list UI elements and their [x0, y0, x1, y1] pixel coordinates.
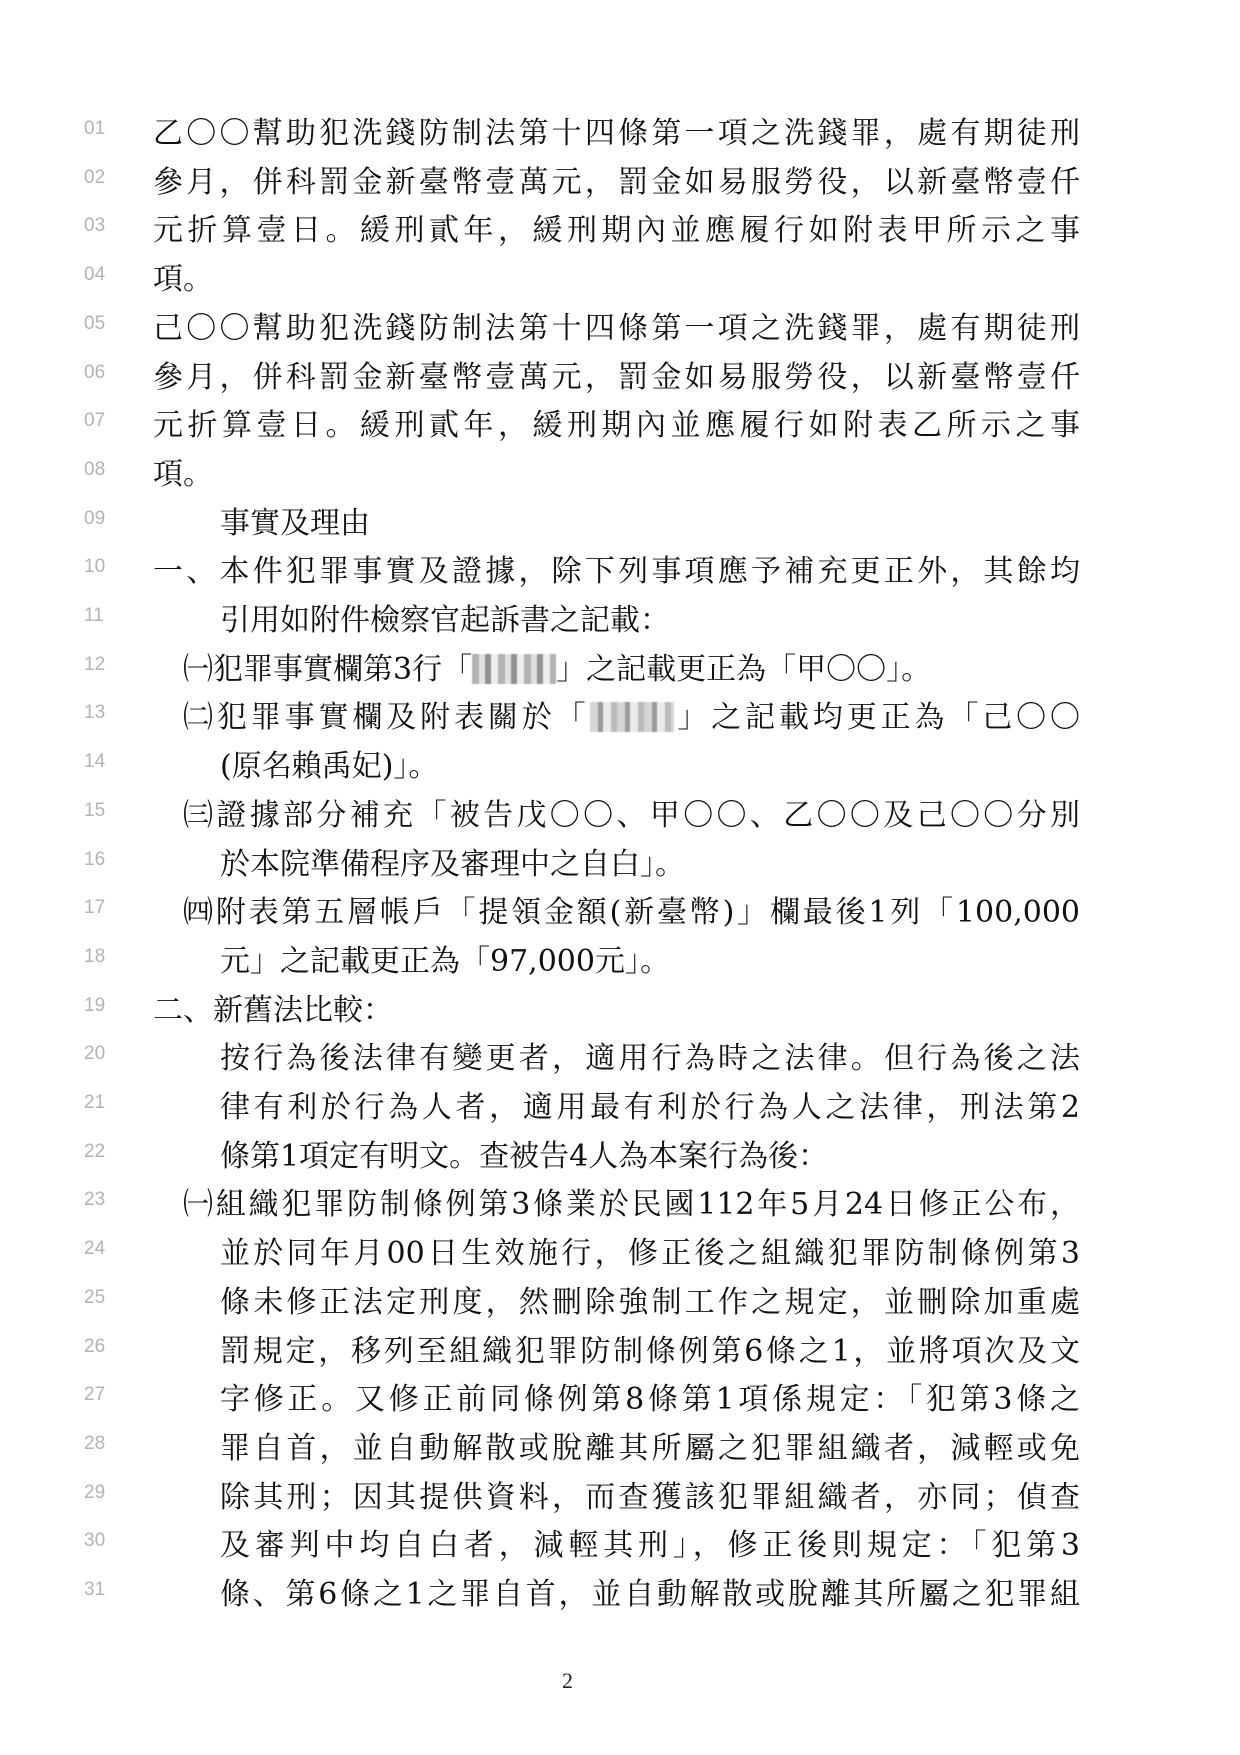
document-line: 02 參月，併科罰金新臺幣壹萬元，罰金如易服勞役，以新臺幣壹仟: [0, 159, 1240, 207]
page-number: 2: [562, 1668, 573, 1694]
line-text: 罰規定，移列至組織犯罪防制條例第6條之1，並將項次及文: [220, 1328, 1080, 1376]
line-text: ㈠組織犯罪防制條例第3條業於民國112年5月24日修正公布，: [183, 1181, 1080, 1229]
line-number: 09: [84, 508, 118, 530]
document-line: 05 己〇〇幫助犯洗錢防制法第十四條第一項之洗錢罪，處有期徒刑: [0, 305, 1240, 353]
document-line: 18 元」之記載更正為「97,000元」。: [0, 938, 1240, 986]
document-line: 03 元折算壹日。緩刑貳年，緩刑期內並應履行如附表甲所示之事: [0, 207, 1240, 255]
document-line: 21 律有利於行為人者，適用最有利於行為人之法律，刑法第2: [0, 1084, 1240, 1132]
line-text: 引用如附件檢察官起訴書之記載：: [220, 597, 1080, 645]
line-text: 參月，併科罰金新臺幣壹萬元，罰金如易服勞役，以新臺幣壹仟: [153, 354, 1080, 402]
line-number: 31: [84, 1579, 118, 1601]
line-number: 25: [84, 1287, 118, 1309]
document-line: 31 條、第6條之1之罪自首，並自動解散或脫離其所屬之犯罪組: [0, 1571, 1240, 1619]
line-text: 參月，併科罰金新臺幣壹萬元，罰金如易服勞役，以新臺幣壹仟: [153, 159, 1080, 207]
line-text: ㈠犯罪事實欄第3行「」之記載更正為「甲〇〇」。: [183, 646, 1080, 694]
line-text-after: 」之記載更正為「甲〇〇」。: [556, 652, 931, 687]
redacted-name: [590, 702, 674, 732]
line-text: 除其刑；因其提供資料，而查獲該犯罪組織者，亦同；偵查: [220, 1474, 1080, 1522]
line-text: 一、本件犯罪事實及證據，除下列事項應予補充更正外，其餘均: [153, 548, 1080, 596]
line-text: 項。: [153, 256, 1080, 304]
line-number: 04: [84, 264, 118, 286]
document-line: 06 參月，併科罰金新臺幣壹萬元，罰金如易服勞役，以新臺幣壹仟: [0, 354, 1240, 402]
document-line: 25 條未修正法定刑度，然刪除強制工作之規定，並刪除加重處: [0, 1279, 1240, 1327]
line-number: 30: [84, 1530, 118, 1552]
document-line: 19 二、新舊法比較：: [0, 987, 1240, 1035]
line-number: 02: [84, 167, 118, 189]
line-number: 18: [84, 946, 118, 968]
line-number: 16: [84, 849, 118, 871]
document-line: 12 ㈠犯罪事實欄第3行「」之記載更正為「甲〇〇」。: [0, 646, 1240, 694]
line-number: 07: [84, 410, 118, 432]
line-number: 23: [84, 1189, 118, 1211]
document-line: 22 條第1項定有明文。查被告4人為本案行為後：: [0, 1133, 1240, 1181]
line-text: (原名賴禹妃)」。: [220, 743, 1080, 791]
document-line: 07 元折算壹日。緩刑貳年，緩刑期內並應履行如附表乙所示之事: [0, 402, 1240, 450]
document-line: 09 事實及理由: [0, 500, 1240, 548]
document-line: 17 ㈣附表第五層帳戶「提領金額(新臺幣)」欄最後1列「100,000: [0, 889, 1240, 937]
line-number: 19: [84, 995, 118, 1017]
document-line: 04 項。: [0, 256, 1240, 304]
document-line: 24 並於同年月00日生效施行，修正後之組織犯罪防制條例第3: [0, 1230, 1240, 1278]
document-line: 15 ㈢證據部分補充「被告戊〇〇、甲〇〇、乙〇〇及己〇〇分別: [0, 792, 1240, 840]
line-text: 按行為後法律有變更者，適用行為時之法律。但行為後之法: [220, 1035, 1080, 1083]
document-page: 01 乙〇〇幫助犯洗錢防制法第十四條第一項之洗錢罪，處有期徒刑 02 參月，併科…: [0, 0, 1240, 1755]
line-text-after: 」之記載均更正為「己〇〇: [674, 700, 1081, 735]
line-text: 字修正。又修正前同條例第8條第1項係規定：「犯第3條之: [220, 1376, 1080, 1424]
line-text: ㈣附表第五層帳戶「提領金額(新臺幣)」欄最後1列「100,000: [183, 889, 1080, 937]
line-number: 27: [84, 1384, 118, 1406]
line-text: 條、第6條之1之罪自首，並自動解散或脫離其所屬之犯罪組: [220, 1571, 1080, 1619]
line-text: 並於同年月00日生效施行，修正後之組織犯罪防制條例第3: [220, 1230, 1080, 1278]
line-number: 26: [84, 1336, 118, 1358]
line-number: 29: [84, 1482, 118, 1504]
line-text: 罪自首，並自動解散或脫離其所屬之犯罪組織者，減輕或免: [220, 1425, 1080, 1473]
line-number: 24: [84, 1238, 118, 1260]
document-line: 13 ㈡犯罪事實欄及附表關於「」之記載均更正為「己〇〇: [0, 694, 1240, 742]
line-number: 15: [84, 800, 118, 822]
line-number: 12: [84, 654, 118, 676]
line-text: 元折算壹日。緩刑貳年，緩刑期內並應履行如附表乙所示之事: [153, 402, 1080, 450]
line-text: ㈡犯罪事實欄及附表關於「」之記載均更正為「己〇〇: [183, 694, 1080, 742]
document-line: 14 (原名賴禹妃)」。: [0, 743, 1240, 791]
document-line: 16 於本院準備程序及審理中之自白」。: [0, 841, 1240, 889]
line-number: 22: [84, 1141, 118, 1163]
document-line: 28 罪自首，並自動解散或脫離其所屬之犯罪組織者，減輕或免: [0, 1425, 1240, 1473]
line-number: 10: [84, 556, 118, 578]
document-line: 23 ㈠組織犯罪防制條例第3條業於民國112年5月24日修正公布，: [0, 1181, 1240, 1229]
document-line: 27 字修正。又修正前同條例第8條第1項係規定：「犯第3條之: [0, 1376, 1240, 1424]
document-line: 11 引用如附件檢察官起訴書之記載：: [0, 597, 1240, 645]
document-line: 26 罰規定，移列至組織犯罪防制條例第6條之1，並將項次及文: [0, 1328, 1240, 1376]
document-line: 08 項。: [0, 451, 1240, 499]
line-number: 05: [84, 313, 118, 335]
line-text: 條第1項定有明文。查被告4人為本案行為後：: [220, 1133, 1080, 1181]
line-number: 11: [84, 605, 118, 627]
line-number: 08: [84, 459, 118, 481]
line-text: 元」之記載更正為「97,000元」。: [220, 938, 1080, 986]
redacted-name: [472, 654, 556, 684]
line-text-before: ㈡犯罪事實欄及附表關於「: [183, 700, 590, 735]
line-number: 28: [84, 1433, 118, 1455]
line-number: 13: [84, 702, 118, 724]
line-number: 03: [84, 215, 118, 237]
line-number: 21: [84, 1092, 118, 1114]
line-number: 20: [84, 1043, 118, 1065]
line-text: 於本院準備程序及審理中之自白」。: [220, 841, 1080, 889]
line-text: 己〇〇幫助犯洗錢防制法第十四條第一項之洗錢罪，處有期徒刑: [153, 305, 1080, 353]
document-line: 30 及審判中均自白者，減輕其刑」，修正後則規定：「犯第3: [0, 1522, 1240, 1570]
line-text: ㈢證據部分補充「被告戊〇〇、甲〇〇、乙〇〇及己〇〇分別: [183, 792, 1080, 840]
section-heading: 事實及理由: [220, 500, 370, 548]
document-line: 29 除其刑；因其提供資料，而查獲該犯罪組織者，亦同；偵查: [0, 1474, 1240, 1522]
line-number: 14: [84, 751, 118, 773]
line-number: 06: [84, 362, 118, 384]
line-text: 二、新舊法比較：: [153, 987, 1080, 1035]
line-text: 元折算壹日。緩刑貳年，緩刑期內並應履行如附表甲所示之事: [153, 207, 1080, 255]
line-number: 01: [84, 118, 118, 140]
line-text: 項。: [153, 451, 1080, 499]
line-text: 乙〇〇幫助犯洗錢防制法第十四條第一項之洗錢罪，處有期徒刑: [153, 110, 1080, 158]
document-line: 20 按行為後法律有變更者，適用行為時之法律。但行為後之法: [0, 1035, 1240, 1083]
line-text: 律有利於行為人者，適用最有利於行為人之法律，刑法第2: [220, 1084, 1080, 1132]
line-text: 條未修正法定刑度，然刪除強制工作之規定，並刪除加重處: [220, 1279, 1080, 1327]
line-text: 及審判中均自白者，減輕其刑」，修正後則規定：「犯第3: [220, 1522, 1080, 1570]
document-line: 10 一、本件犯罪事實及證據，除下列事項應予補充更正外，其餘均: [0, 548, 1240, 596]
line-text-before: ㈠犯罪事實欄第3行「: [183, 652, 472, 687]
line-number: 17: [84, 897, 118, 919]
document-line: 01 乙〇〇幫助犯洗錢防制法第十四條第一項之洗錢罪，處有期徒刑: [0, 110, 1240, 158]
